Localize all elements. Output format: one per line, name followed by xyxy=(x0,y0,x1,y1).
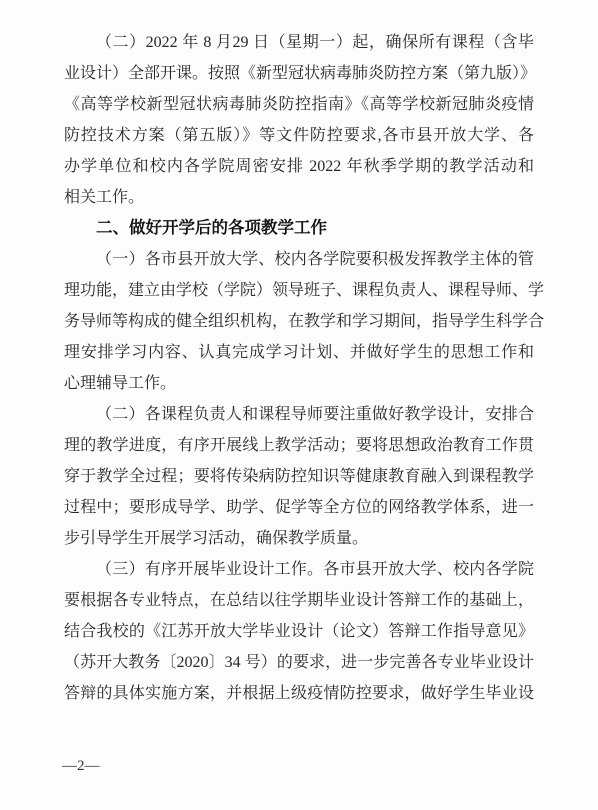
text-line: 答辩的具体实施方案，并根据上级疫情防控要求，做好学生毕业设 xyxy=(64,678,534,709)
text-line: 心理辅导工作。 xyxy=(64,368,534,399)
document-page: （二）2022 年 8 月29 日（星期一）起，确保所有课程（含毕业设计）全部开… xyxy=(0,0,598,810)
text-line: 防控技术方案（第五版）》等文件防控要求,各市县开放大学、各 xyxy=(64,120,534,151)
text-line: 相关工作。 xyxy=(64,182,534,213)
text-line: 要根据各专业特点，在总结以往学期毕业设计答辩工作的基础上， xyxy=(64,585,534,616)
text-line: （一）各市县开放大学、校内各学院要积极发挥教学主体的管 xyxy=(64,244,534,275)
text-line: 业设计）全部开课。按照《新型冠状病毒肺炎防控方案（第九版）》 xyxy=(64,58,534,89)
section-heading: 二、做好开学后的各项教学工作 xyxy=(64,213,534,244)
text-line: 理功能，建立由学校（学院）领导班子、课程负责人、课程导师、学 xyxy=(64,275,534,306)
text-line: 理安排学习内容、认真完成学习计划、并做好学生的思想工作和 xyxy=(64,337,534,368)
text-line: 务导师等构成的健全组织机构，在教学和学习期间，指导学生科学合 xyxy=(64,306,534,337)
text-line: （二）2022 年 8 月29 日（星期一）起，确保所有课程（含毕 xyxy=(64,27,534,58)
text-line: 步引导学生开展学习活动，确保教学质量。 xyxy=(64,523,534,554)
text-line: 《高等学校新型冠状病毒肺炎防控指南》《高等学校新冠肺炎疫情 xyxy=(64,89,534,120)
text-line: （苏开大教务〔2020〕34 号）的要求，进一步完善各专业毕业设计 xyxy=(64,647,534,678)
text-line: 理的教学进度，有序开展线上教学活动；要将思想政治教育工作贯 xyxy=(64,430,534,461)
text-line: 过程中；要形成导学、助学、促学等全方位的网络教学体系，进一 xyxy=(64,492,534,523)
page-number: —2— xyxy=(62,757,100,775)
text-block: （二）2022 年 8 月29 日（星期一）起，确保所有课程（含毕业设计）全部开… xyxy=(64,27,534,709)
text-line: （二）各课程负责人和课程导师要注重做好教学设计，安排合 xyxy=(64,399,534,430)
text-line: 办学单位和校内各学院周密安排 2022 年秋季学期的教学活动和 xyxy=(64,151,534,182)
text-line: 穿于教学全过程；要将传染病防控知识等健康教育融入到课程教学 xyxy=(64,461,534,492)
text-line: （三）有序开展毕业设计工作。各市县开放大学、校内各学院 xyxy=(64,554,534,585)
text-line: 结合我校的《江苏开放大学毕业设计（论文）答辩工作指导意见》 xyxy=(64,616,534,647)
